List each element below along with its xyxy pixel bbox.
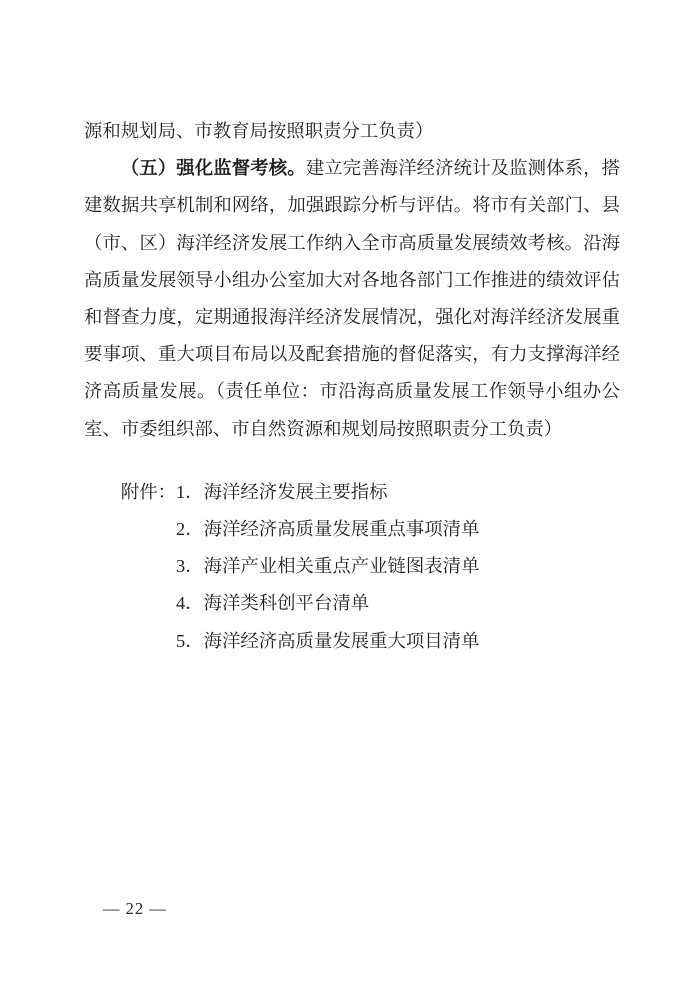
- section-five-heading: （五）强化监督考核。: [121, 158, 306, 178]
- attachment-item-3: 3．海洋产业相关重点产业链图表清单: [84, 548, 620, 585]
- attachment-number: 3．: [176, 556, 204, 576]
- attachment-number: 4．: [176, 593, 204, 613]
- attachments-label: 附件：: [121, 482, 176, 502]
- attachment-title: 海洋经济发展主要指标: [204, 482, 388, 502]
- attachment-number: 2．: [176, 519, 204, 539]
- document-page: 源和规划局、市教育局按照职责分工负责） （五）强化监督考核。建立完善海洋经济统计…: [0, 0, 700, 990]
- attachment-item-2: 2．海洋经济高质量发展重点事项清单: [84, 511, 620, 548]
- paragraph-section-five: （五）强化监督考核。建立完善海洋经济统计及监测体系，搭建数据共享机制和网络，加强…: [84, 150, 620, 448]
- attachment-number: 1．: [176, 482, 204, 502]
- section-five-text: 建立完善海洋经济统计及监测体系，搭建数据共享机制和网络，加强跟踪分析与评估。将市…: [84, 158, 620, 438]
- attachment-title: 海洋经济高质量发展重点事项清单: [204, 519, 480, 539]
- page-number: — 22 —: [103, 899, 167, 919]
- attachment-item-1: 附件：1．海洋经济发展主要指标: [84, 474, 620, 511]
- attachment-title: 海洋类科创平台清单: [204, 593, 370, 613]
- attachment-item-4: 4．海洋类科创平台清单: [84, 585, 620, 622]
- attachment-title: 海洋经济高质量发展重大项目清单: [204, 631, 480, 651]
- attachments-list: 附件：1．海洋经济发展主要指标 2．海洋经济高质量发展重点事项清单 3．海洋产业…: [84, 474, 620, 660]
- attachment-item-5: 5．海洋经济高质量发展重大项目清单: [84, 623, 620, 660]
- attachment-title: 海洋产业相关重点产业链图表清单: [204, 556, 480, 576]
- document-body: 源和规划局、市教育局按照职责分工负责） （五）强化监督考核。建立完善海洋经济统计…: [84, 113, 620, 660]
- attachment-number: 5．: [176, 631, 204, 651]
- paragraph-continuation: 源和规划局、市教育局按照职责分工负责）: [84, 113, 620, 150]
